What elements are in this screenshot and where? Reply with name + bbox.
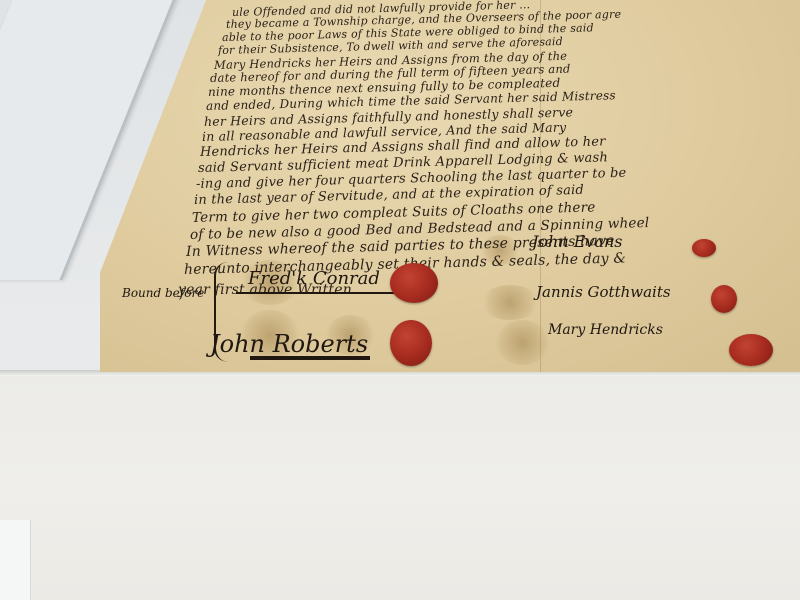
signature-john-roberts: John Roberts xyxy=(210,330,368,358)
mount-mat-bottom xyxy=(0,372,800,600)
wax-seal xyxy=(390,263,438,303)
signature-fred-conrad: Fred'k Conrad xyxy=(248,268,380,289)
stain xyxy=(495,320,550,365)
wax-seal xyxy=(711,285,737,313)
wax-seal xyxy=(692,239,716,257)
signature-john-evans: John Evans xyxy=(532,232,623,251)
signature-mary-hendricks: Mary Hendricks xyxy=(548,322,663,338)
signature-jannis-gotthwaits: Jannis Gotthwaits xyxy=(536,283,671,301)
wax-seal xyxy=(390,320,432,366)
witness-label: Bound before xyxy=(122,286,204,300)
label-card-edge xyxy=(0,520,31,600)
stain xyxy=(480,285,540,320)
wax-seal xyxy=(729,334,773,366)
signature-underline xyxy=(236,292,396,294)
signature-underline xyxy=(250,356,370,360)
